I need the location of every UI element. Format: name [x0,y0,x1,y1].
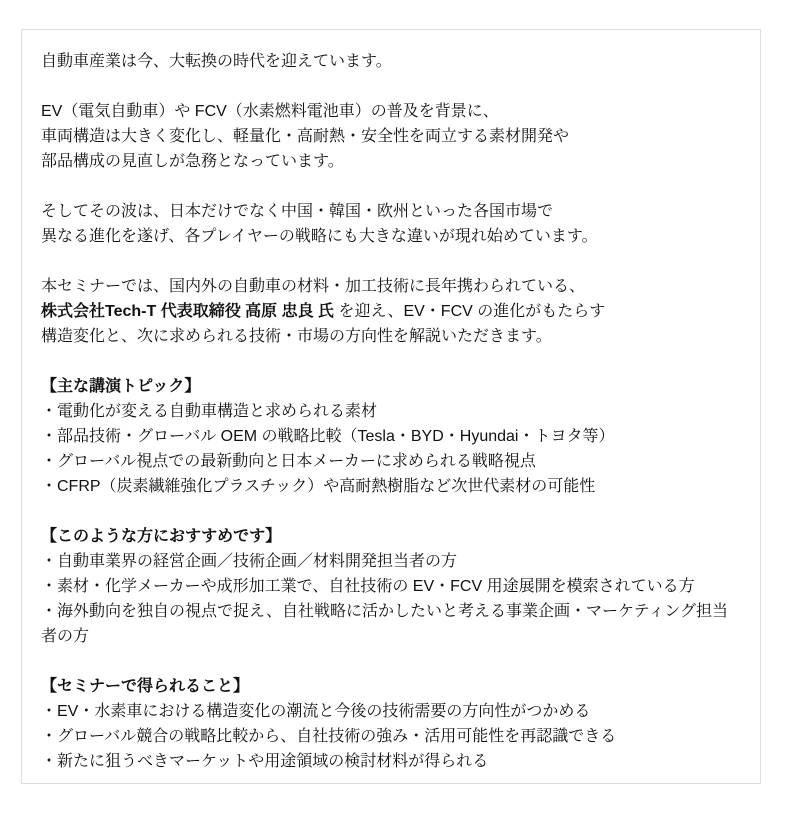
text-line: ・部品技術・グローバル OEM の戦略比較（Tesla・BYD・Hyundai・… [41,424,741,449]
text-segment: 自動車産業は今、大転換の時代を迎えています。 [41,53,392,70]
bold-text: 【主な講演トピック】 [41,378,200,395]
text-line: 構造変化と、次に求められる技術・市場の方向性を解説いただきます。 [41,324,741,349]
section-heading: 【セミナーで得られること】 [41,674,741,699]
text-segment: そしてその波は、日本だけでなく中国・韓国・欧州といった各国市場で [41,203,553,220]
text-segment: 部品構成の見直しが急務となっています。 [41,153,344,170]
text-line: ・自動車業界の経営企画／技術企画／材料開発担当者の方 [41,549,741,574]
paragraph: 本セミナーでは、国内外の自動車の材料・加工技術に長年携わられている、株式会社Te… [41,274,741,349]
text-line: 本セミナーでは、国内外の自動車の材料・加工技術に長年携わられている、 [41,274,741,299]
text-segment: ・CFRP（炭素繊維強化プラスチック）や高耐熱樹脂など次世代素材の可能性 [41,478,595,495]
section-heading: 【このような方におすすめです】 [41,524,741,549]
text-segment: 異なる進化を遂げ、各プレイヤーの戦略にも大きな違いが現れ始めています。 [41,228,598,245]
text-line: 部品構成の見直しが急務となっています。 [41,149,741,174]
text-line: ・EV・水素車における構造変化の潮流と今後の技術需要の方向性がつかめる [41,699,741,724]
text-segment: ・新たに狙うべきマーケットや用途領域の検討材料が得られる [41,753,488,770]
bold-text: 株式会社Tech-T 代表取締役 高原 忠良 氏 [41,303,334,320]
paragraph: 【セミナーで得られること】・EV・水素車における構造変化の潮流と今後の技術需要の… [41,674,741,774]
text-line: ・電動化が変える自動車構造と求められる素材 [41,399,741,424]
paragraph: 【主な講演トピック】・電動化が変える自動車構造と求められる素材・部品技術・グロー… [41,374,741,499]
paragraph: そしてその波は、日本だけでなく中国・韓国・欧州といった各国市場で異なる進化を遂げ… [41,199,741,249]
text-segment: ・自動車業界の経営企画／技術企画／材料開発担当者の方 [41,553,457,570]
text-line: ・グローバル競合の戦略比較から、自社技術の強み・活用可能性を再認識できる [41,724,741,749]
text-line: 異なる進化を遂げ、各プレイヤーの戦略にも大きな違いが現れ始めています。 [41,224,741,249]
text-segment: を迎え、EV・FCV の進化がもたらす [334,303,605,320]
paragraph: 【このような方におすすめです】・自動車業界の経営企画／技術企画／材料開発担当者の… [41,524,741,649]
text-segment: ・グローバル視点での最新動向と日本メーカーに求められる戦略視点 [41,453,536,470]
text-line: ・新たに狙うべきマーケットや用途領域の検討材料が得られる [41,749,741,774]
text-segment: ・部品技術・グローバル OEM の戦略比較（Tesla・BYD・Hyundai・… [41,428,615,445]
paragraph: EV（電気自動車）や FCV（水素燃料電池車）の普及を背景に、車両構造は大きく変… [41,99,741,174]
text-segment: 構造変化と、次に求められる技術・市場の方向性を解説いただきます。 [41,328,552,345]
seminar-description-card: 自動車産業は今、大転換の時代を迎えています。EV（電気自動車）や FCV（水素燃… [21,29,761,784]
seminar-article: 自動車産業は今、大転換の時代を迎えています。EV（電気自動車）や FCV（水素燃… [41,49,741,774]
text-segment: ・グローバル競合の戦略比較から、自社技術の強み・活用可能性を再認識できる [41,728,616,745]
text-segment: 本セミナーでは、国内外の自動車の材料・加工技術に長年携わられている、 [41,278,585,295]
text-line: ・海外動向を独自の視点で捉え、自社戦略に活かしたいと考える事業企画・マーケティン… [41,599,741,649]
bold-text: 【セミナーで得られること】 [41,678,249,695]
text-line: EV（電気自動車）や FCV（水素燃料電池車）の普及を背景に、 [41,99,741,124]
text-line: 車両構造は大きく変化し、軽量化・高耐熱・安全性を両立する素材開発や [41,124,741,149]
text-line: そしてその波は、日本だけでなく中国・韓国・欧州といった各国市場で [41,199,741,224]
text-segment: EV（電気自動車）や FCV（水素燃料電池車）の普及を背景に、 [41,103,499,120]
text-segment: ・EV・水素車における構造変化の潮流と今後の技術需要の方向性がつかめる [41,703,590,720]
text-segment: 車両構造は大きく変化し、軽量化・高耐熱・安全性を両立する素材開発や [41,128,569,145]
text-line: ・グローバル視点での最新動向と日本メーカーに求められる戦略視点 [41,449,741,474]
paragraph: 自動車産業は今、大転換の時代を迎えています。 [41,49,741,74]
text-segment: ・素材・化学メーカーや成形加工業で、自社技術の EV・FCV 用途展開を模索され… [41,578,695,595]
text-line: 自動車産業は今、大転換の時代を迎えています。 [41,49,741,74]
section-heading: 【主な講演トピック】 [41,374,741,399]
bold-text: 【このような方におすすめです】 [41,528,281,545]
text-line: 株式会社Tech-T 代表取締役 高原 忠良 氏 を迎え、EV・FCV の進化が… [41,299,741,324]
text-line: ・素材・化学メーカーや成形加工業で、自社技術の EV・FCV 用途展開を模索され… [41,574,741,599]
page: 自動車産業は今、大転換の時代を迎えています。EV（電気自動車）や FCV（水素燃… [0,0,800,815]
text-line: ・CFRP（炭素繊維強化プラスチック）や高耐熱樹脂など次世代素材の可能性 [41,474,741,499]
text-segment: ・海外動向を独自の視点で捉え、自社戦略に活かしたいと考える事業企画・マーケティン… [41,603,728,645]
text-segment: ・電動化が変える自動車構造と求められる素材 [41,403,377,420]
